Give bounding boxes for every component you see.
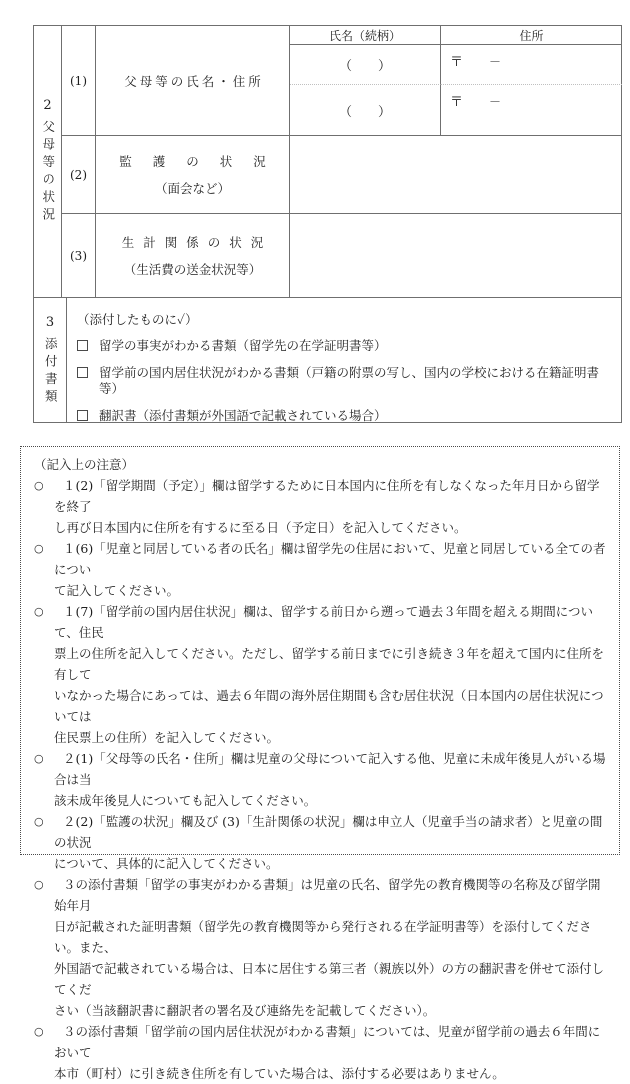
row1-index: (1) — [62, 26, 96, 136]
postal-mark-icon: 〒 — [450, 95, 463, 110]
notes-box: （記入上の注意） ○ １(2)「留学期間（予定）」欄は留学するために日本国内に住… — [20, 446, 620, 855]
name-column-header: 氏名（続柄） — [290, 26, 441, 45]
address-column-header: 住所 — [441, 26, 622, 45]
row2-label-cell: 監護の状況 （面会など） — [96, 136, 290, 214]
parent1-name-field[interactable]: （ ） — [290, 45, 441, 85]
circle-marker-icon: ○ — [34, 475, 54, 538]
note-text-5: ２(2)「監護の状況」欄及び (3)「生計関係の状況」欄は申立人（児童手当の請求… — [54, 811, 607, 874]
checkbox-icon[interactable] — [77, 410, 88, 421]
attachment-label-3: 翻訳書（添付書類が外国語で記載されている場合） — [99, 408, 387, 424]
attachments-instruction: （添付したものに✓） — [77, 310, 614, 328]
parent1-address-field[interactable]: 〒－ — [441, 45, 622, 85]
row3-index: (3) — [62, 214, 96, 298]
livelihood-status-field[interactable] — [290, 214, 622, 298]
note-item-2: ○ １(6)「児童と同居している者の氏名」欄は留学先の住居において、児童と同居し… — [34, 538, 607, 601]
row1-label-cell: 父母等の氏名・住所 — [96, 26, 290, 136]
row3-label-cell: 生計関係の状況 （生活費の送金状況等） — [96, 214, 290, 298]
note-item-5: ○ ２(2)「監護の状況」欄及び (3)「生計関係の状況」欄は申立人（児童手当の… — [34, 811, 607, 874]
section2-number: 2 — [43, 98, 51, 113]
attachment-item-1: 留学の事実がわかる書類（留学先の在学証明書等） — [77, 338, 614, 354]
note-item-3: ○ １(7)「留学前の国内居住状況」欄は、留学する前日から遡って過去３年間を超え… — [34, 601, 607, 748]
attachment-item-3: 翻訳書（添付書類が外国語で記載されている場合） — [77, 408, 614, 424]
postal-dash: － — [489, 95, 501, 109]
row1-label: 父母等の氏名・住所 — [121, 72, 264, 90]
attachments-cell: （添付したものに✓） 留学の事実がわかる書類（留学先の在学証明書等） 留学前の国… — [67, 298, 622, 423]
circle-marker-icon: ○ — [34, 811, 54, 874]
attachment-item-2: 留学前の国内居住状況がわかる書類（戸籍の附票の写し、国内の学校における在籍証明書… — [77, 365, 614, 397]
note-item-6: ○ ３の添付書類「留学の事実がわかる書類」は児童の氏名、留学先の教育機関等の名称… — [34, 874, 607, 1021]
parent2-address-field[interactable]: 〒－ — [441, 85, 622, 136]
row2-label: 監護の状況 — [98, 152, 287, 170]
circle-marker-icon: ○ — [34, 538, 54, 601]
attachment-label-1: 留学の事実がわかる書類（留学先の在学証明書等） — [99, 338, 387, 354]
note-item-7: ○ ３の添付書類「留学前の国内居住状況がわかる書類」については、児童が留学前の過… — [34, 1021, 607, 1084]
attachment-label-2: 留学前の国内居住状況がわかる書類（戸籍の附票の写し、国内の学校における在籍証明書… — [99, 365, 614, 397]
section3-number: 3 — [46, 315, 54, 330]
form-table: 2 父母等の状況 (1) (2) (3) 父母等の氏名・住所 監護の状況 （面会… — [33, 25, 622, 423]
checkbox-icon[interactable] — [77, 340, 88, 351]
note-text-2: １(6)「児童と同居している者の氏名」欄は留学先の住居において、児童と同居してい… — [54, 538, 607, 601]
checkbox-icon[interactable] — [77, 367, 88, 378]
row2-sublabel: （面会など） — [155, 179, 230, 197]
postal-dash: － — [489, 55, 501, 69]
parent2-relation-parens: （ ） — [339, 101, 391, 120]
note-text-6: ３の添付書類「留学の事実がわかる書類」は児童の氏名、留学先の教育機関等の名称及び… — [54, 874, 607, 1021]
circle-marker-icon: ○ — [34, 1021, 54, 1084]
note-text-4: ２(1)「父母等の氏名・住所」欄は児童の父母について記入する他、児童に未成年後見… — [54, 748, 607, 811]
note-text-1: １(2)「留学期間（予定）」欄は留学するために日本国内に住所を有しなくなった年月… — [54, 475, 607, 538]
parent1-relation-parens: （ ） — [339, 55, 391, 74]
note-item-1: ○ １(2)「留学期間（予定）」欄は留学するために日本国内に住所を有しなくなった… — [34, 475, 607, 538]
postal-mark-icon: 〒 — [450, 55, 463, 70]
circle-marker-icon: ○ — [34, 748, 54, 811]
section3-header: 3 添付書類 — [34, 298, 67, 423]
row3-label: 生計関係の状況 — [113, 233, 273, 251]
circle-marker-icon: ○ — [34, 874, 54, 1021]
note-text-3: １(7)「留学前の国内居住状況」欄は、留学する前日から遡って過去３年間を超える期… — [54, 601, 607, 748]
section2-header: 2 父母等の状況 — [34, 26, 62, 298]
note-text-7: ３の添付書類「留学前の国内居住状況がわかる書類」については、児童が留学前の過去６… — [54, 1021, 607, 1084]
section3-title: 添付書類 — [44, 337, 57, 407]
row2-index: (2) — [62, 136, 96, 214]
parent2-name-field[interactable]: （ ） — [290, 85, 441, 136]
custody-status-field[interactable] — [290, 136, 622, 214]
note-item-4: ○ ２(1)「父母等の氏名・住所」欄は児童の父母について記入する他、児童に未成年… — [34, 748, 607, 811]
notes-title: （記入上の注意） — [34, 454, 607, 475]
row3-sublabel: （生活費の送金状況等） — [124, 260, 262, 278]
section2-title: 父母等の状況 — [41, 120, 54, 225]
circle-marker-icon: ○ — [34, 601, 54, 748]
